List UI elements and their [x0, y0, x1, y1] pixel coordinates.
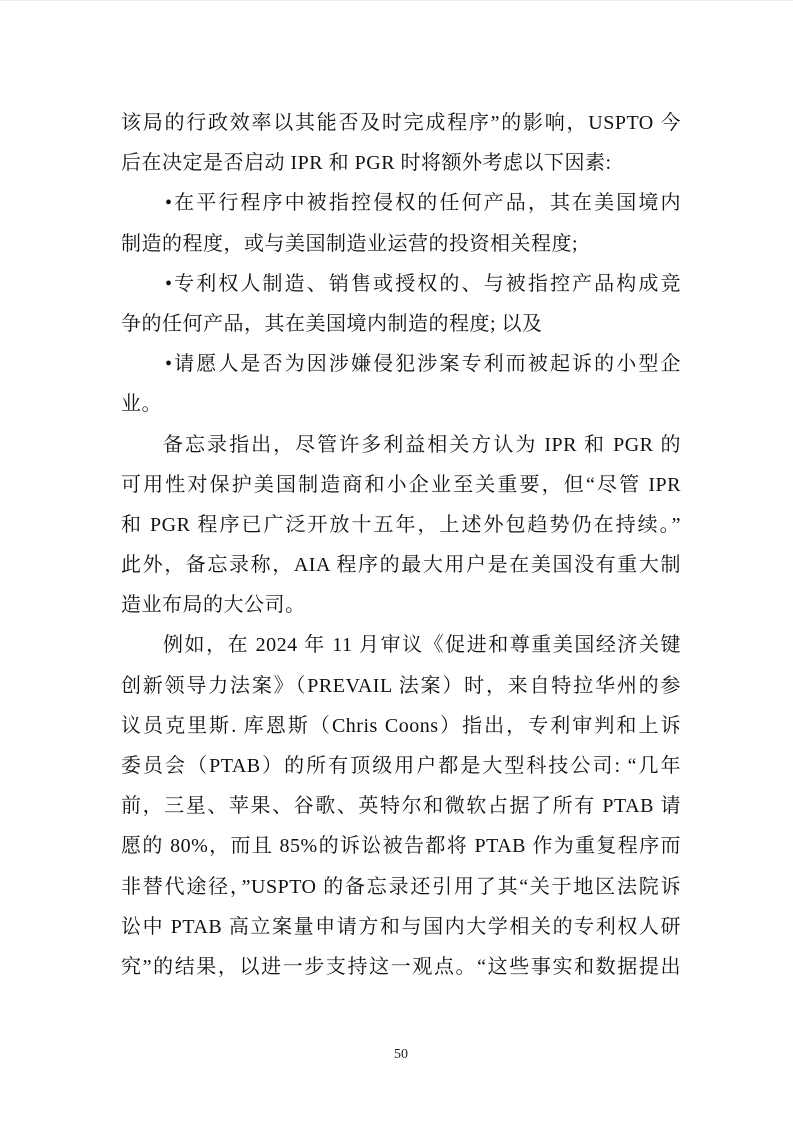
text-line: 例如，在 2024 年 11 月审议《促进和尊重美国经济关键 [121, 625, 681, 665]
text-line: 究”的结果，以进一步支持这一观点。“这些事实和数据提出 [121, 947, 681, 987]
text-line-content: 业。 [121, 393, 162, 415]
text-line: 争的任何产品，其在美国境内制造的程度; 以及 [121, 304, 681, 344]
text-line-content: •请愿人是否为因涉嫌侵犯涉案专利而被起诉的小型企 [165, 353, 681, 375]
document-body: 该局的行政效率以其能否及时完成程序”的影响，USPTO 今 后在决定是否启动 I… [121, 103, 681, 987]
text-line: 备忘录指出，尽管许多利益相关方认为 IPR 和 PGR 的 [121, 425, 681, 465]
text-line: •请愿人是否为因涉嫌侵犯涉案专利而被起诉的小型企 [121, 344, 681, 384]
text-line: 非替代途径，”USPTO 的备忘录还引用了其“关于地区法院诉 [121, 867, 681, 907]
text-line: 可用性对保护美国制造商和小企业至关重要，但“尽管 IPR [121, 465, 681, 505]
text-line: 造业布局的大公司。 [121, 585, 681, 625]
text-line-content: 造业布局的大公司。 [121, 594, 306, 616]
text-line: 该局的行政效率以其能否及时完成程序”的影响，USPTO 今 [121, 103, 681, 143]
text-line: 前，三星、苹果、谷歌、英特尔和微软占据了所有 PTAB 请 [121, 786, 681, 826]
text-line-content: 和 PGR 程序已广泛开放十五年，上述外包趋势仍在持续。” [121, 514, 681, 536]
text-line: 创新领导力法案》（PREVAIL 法案）时，来自特拉华州的参 [121, 666, 681, 706]
text-line-content: 究”的结果，以进一步支持这一观点。“这些事实和数据提出 [121, 956, 681, 978]
text-line: 讼中 PTAB 高立案量申请方和与国内大学相关的专利权人研 [121, 907, 681, 947]
text-line-content: 备忘录指出，尽管许多利益相关方认为 IPR 和 PGR 的 [163, 434, 681, 456]
text-line-content: 争的任何产品，其在美国境内制造的程度; 以及 [121, 313, 543, 335]
text-line: 此外，备忘录称，AIA 程序的最大用户是在美国没有重大制 [121, 545, 681, 585]
text-line-content: 后在决定是否启动 IPR 和 PGR 时将额外考虑以下因素: [121, 152, 612, 174]
text-line: •在平行程序中被指控侵权的任何产品，其在美国境内 [121, 183, 681, 223]
text-line: 和 PGR 程序已广泛开放十五年，上述外包趋势仍在持续。” [121, 505, 681, 545]
text-line-content: •在平行程序中被指控侵权的任何产品，其在美国境内 [165, 192, 681, 214]
text-line-content: 创新领导力法案》（PREVAIL 法案）时，来自特拉华州的参 [121, 675, 681, 697]
text-line-content: 前，三星、苹果、谷歌、英特尔和微软占据了所有 PTAB 请 [121, 795, 681, 817]
text-line-content: 可用性对保护美国制造商和小企业至关重要，但“尽管 IPR [121, 474, 681, 496]
text-line-content: 委员会（PTAB）的所有顶级用户都是大型科技公司: “几年 [121, 755, 681, 777]
text-line: 后在决定是否启动 IPR 和 PGR 时将额外考虑以下因素: [121, 143, 681, 183]
text-line-content: 非替代途径，”USPTO 的备忘录还引用了其“关于地区法院诉 [121, 876, 681, 898]
text-line: 议员克里斯. 库恩斯（Chris Coons）指出，专利审判和上诉 [121, 706, 681, 746]
text-line: 委员会（PTAB）的所有顶级用户都是大型科技公司: “几年 [121, 746, 681, 786]
document-page: 该局的行政效率以其能否及时完成程序”的影响，USPTO 今 后在决定是否启动 I… [0, 0, 793, 1122]
text-line-content: 制造的程度，或与美国制造业运营的投资相关程度; [121, 233, 578, 255]
text-line: •专利权人制造、销售或授权的、与被指控产品构成竞 [121, 264, 681, 304]
text-line-content: 愿的 80%，而且 85%的诉讼被告都将 PTAB 作为重复程序而 [121, 835, 681, 857]
text-line-content: 议员克里斯. 库恩斯（Chris Coons）指出，专利审判和上诉 [121, 715, 681, 737]
text-line: 愿的 80%，而且 85%的诉讼被告都将 PTAB 作为重复程序而 [121, 826, 681, 866]
text-line: 业。 [121, 384, 681, 424]
text-line-content: 此外，备忘录称，AIA 程序的最大用户是在美国没有重大制 [121, 554, 681, 576]
page-number: 50 [121, 1047, 681, 1063]
text-line-content: •专利权人制造、销售或授权的、与被指控产品构成竞 [165, 273, 681, 295]
text-line: 制造的程度，或与美国制造业运营的投资相关程度; [121, 224, 681, 264]
text-line-content: 例如，在 2024 年 11 月审议《促进和尊重美国经济关键 [163, 634, 681, 656]
text-line-content: 该局的行政效率以其能否及时完成程序”的影响，USPTO 今 [121, 112, 681, 134]
text-line-content: 讼中 PTAB 高立案量申请方和与国内大学相关的专利权人研 [121, 916, 681, 938]
